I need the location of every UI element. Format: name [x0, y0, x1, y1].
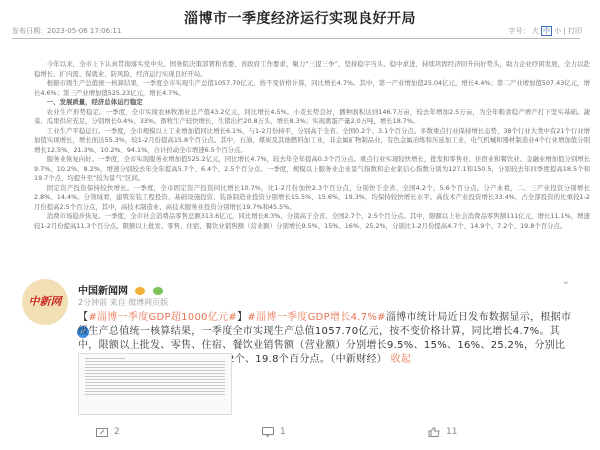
weibo-post: 中新网 ✓ 中国新闻网 2分钟前 来自 微博网页版 ⌄ 【#淄博一季度GDP超1… [0, 262, 600, 450]
thumbs-up-icon [428, 427, 440, 437]
font-size-medium[interactable]: 中 [541, 26, 552, 36]
paragraph: 工业生产平稳运行。一季度，全市规模以上工业增加值同比增长6.1%，与1-2月份持… [34, 127, 590, 156]
publish-date: 发布日期：2023-05-06 17:06:11 [12, 26, 121, 36]
print-link[interactable]: 打印 [568, 27, 582, 35]
post-time[interactable]: 2分钟前 [78, 298, 107, 307]
paragraph: 服务业恢复向好。一季度，全市实现服务业增加值525.2亿元，同比增长4.7%，较… [34, 155, 590, 184]
post-image-thumbnail[interactable] [78, 353, 232, 415]
vip-crown-icon [135, 287, 145, 295]
collapse-link[interactable]: 收起 [391, 354, 412, 365]
article-screenshot: 淄博市一季度经济运行实现良好开局 发布日期：2023-05-06 17:06:1… [0, 0, 600, 262]
comment-icon [262, 427, 274, 437]
author-name[interactable]: 中国新闻网 [78, 282, 163, 297]
chevron-down-icon[interactable]: ⌄ [562, 276, 570, 287]
paragraph: 根据市级生产总值统一核算结果，一季度全市实现生产总值1057.70亿元，按不变价… [34, 79, 590, 98]
article-body: 今年以来，全市上下认真贯彻落实党中央、国务院决策部署和省委、省政府工作要求，聚力… [34, 60, 590, 231]
paragraph: 今年以来，全市上下认真贯彻落实党中央、国务院决策部署和省委、省政府工作要求，聚力… [34, 60, 590, 79]
font-size-large[interactable]: 大 [532, 27, 539, 35]
font-size-small[interactable]: 小 [554, 27, 561, 35]
repost-button[interactable]: 2 [96, 427, 120, 437]
member-icon [153, 287, 163, 295]
hashtag-link[interactable]: #淄博一季度GDP增长4.7%# [247, 312, 385, 323]
hashtag-link[interactable]: #淄博一季度GDP超1000亿元# [88, 312, 237, 323]
section-heading: 一、发展质量，经济总体运行稳定 [34, 98, 590, 108]
paragraph: 消费市场稳步恢复。一季度，全市社会消费品零售总额313.6亿元，同比增长8.3%… [34, 212, 590, 231]
paragraph: 固定资产投资保持较快增长。一季度，全市固定资产投资同比增长10.7%，比1-2月… [34, 184, 590, 213]
avatar[interactable]: 中新网 ✓ [22, 279, 68, 325]
comment-button[interactable]: 1 [262, 427, 286, 437]
article-title: 淄博市一季度经济运行实现良好开局 [0, 8, 600, 28]
divider [12, 38, 580, 39]
paragraph: 农业生产形势稳定。一季度，全市实现农林牧渔业总产值43.2亿元，同比增长4.5%… [34, 108, 590, 127]
post-meta: 2分钟前 来自 微博网页版 [78, 297, 168, 308]
like-button[interactable]: 11 [428, 427, 457, 437]
font-size-controls: 字号： 大 中 小 | 打印 [508, 26, 582, 36]
repost-icon [96, 427, 108, 437]
post-source: 微博网页版 [128, 298, 168, 307]
